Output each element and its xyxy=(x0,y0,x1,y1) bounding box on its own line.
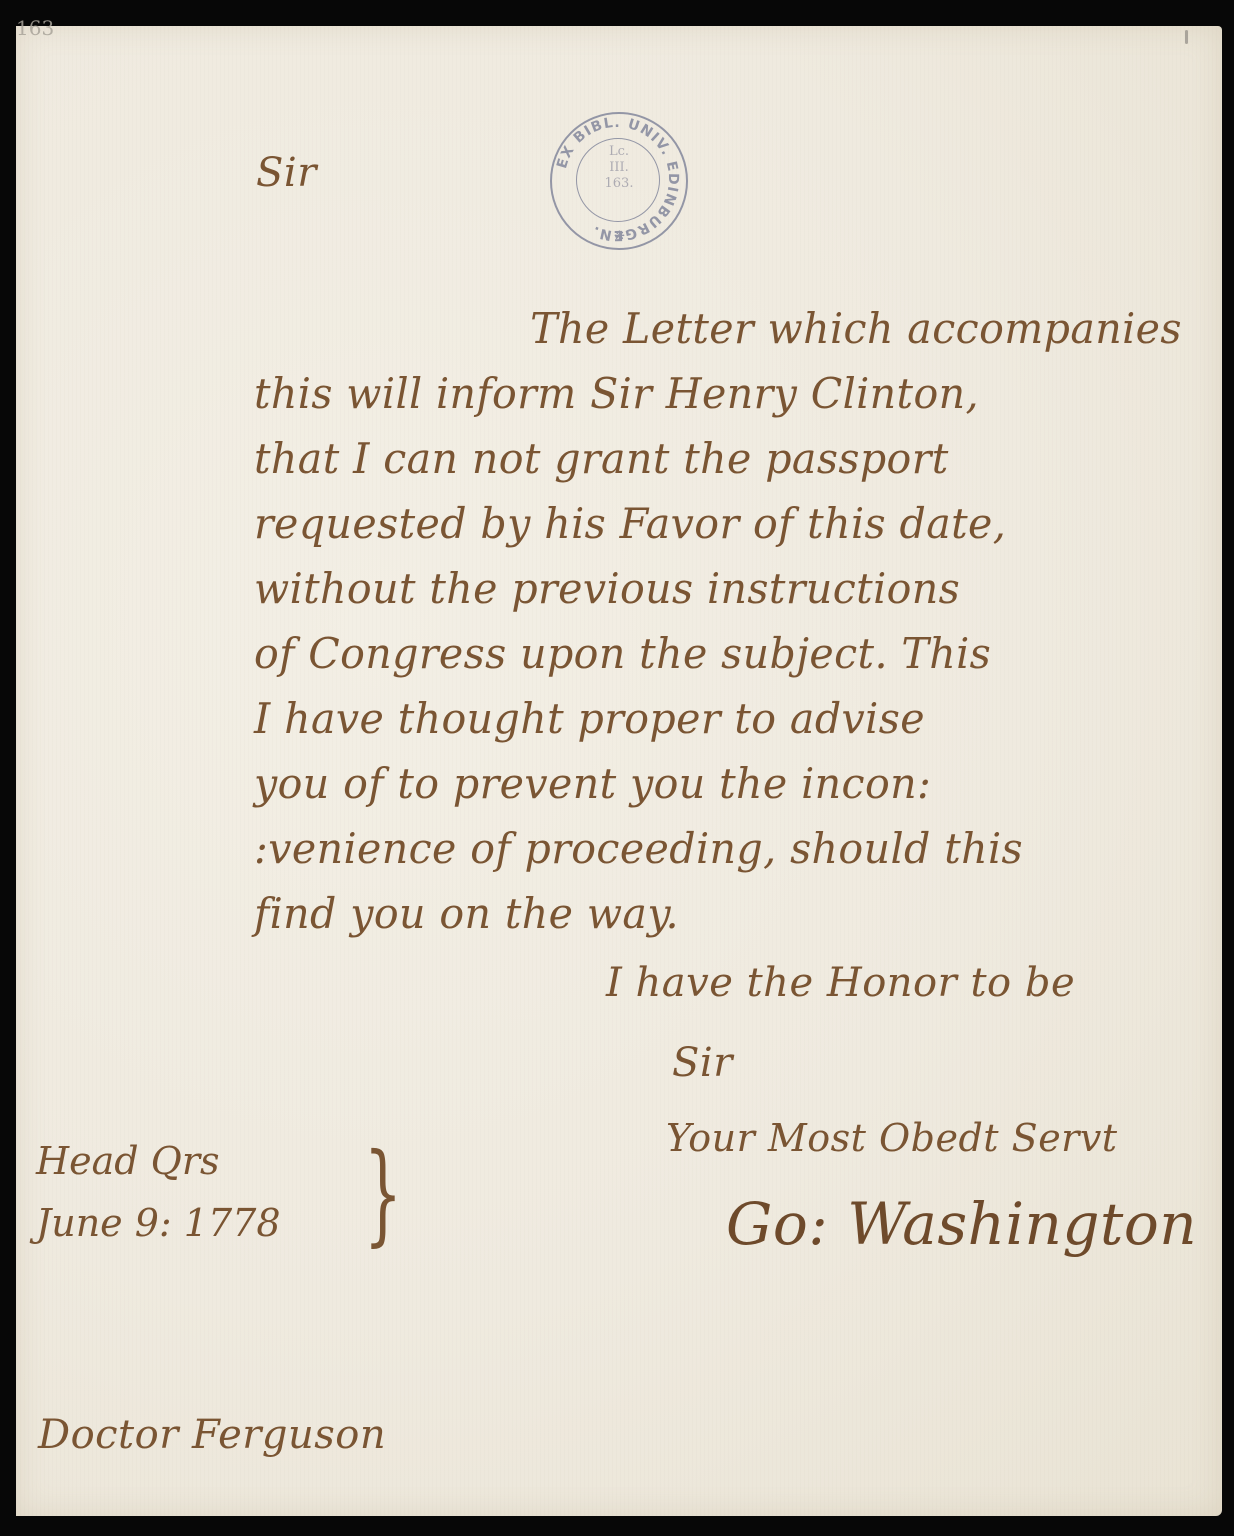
body-line: requested by his Favor of this date, xyxy=(254,491,1194,556)
signature: Go: Washington xyxy=(726,1190,1197,1258)
closing-sir: Sir xyxy=(672,1040,733,1086)
stamp-ornament-icon: ❋ xyxy=(614,229,625,244)
body-line: that I can not grant the passport xyxy=(254,426,1194,491)
letter-body: The Letter which accompanies this will i… xyxy=(254,296,1214,946)
body-line: find you on the way. xyxy=(254,881,1194,946)
scan-frame: 163 EX BIBL. UNIV. EDINBURGEN. ❋ Lc. III… xyxy=(0,0,1234,1536)
body-line: of Congress upon the subject. This xyxy=(254,621,1194,686)
body-line: The Letter which accompanies xyxy=(254,296,1194,361)
closing-honor-line: I have the Honor to be xyxy=(606,960,1075,1006)
dateline-brace: } xyxy=(364,1138,403,1248)
shelfmark-line: Lc. xyxy=(576,144,662,160)
body-line: without the previous instructions xyxy=(254,556,1194,621)
body-line: you of to prevent you the incon: xyxy=(254,751,1194,816)
dateline-date: June 9: 1778 xyxy=(36,1192,281,1254)
corner-ink-mark xyxy=(1185,30,1188,44)
body-line: :venience of proceeding, should this xyxy=(254,816,1194,881)
dateline: Head Qrs June 9: 1778 } xyxy=(36,1130,281,1254)
addressee: Doctor Ferguson xyxy=(38,1412,386,1458)
closing-servant-line: Your Most Obedt Servt xyxy=(666,1116,1118,1160)
salutation: Sir xyxy=(256,150,317,196)
pencil-folio-number: 163 xyxy=(16,16,54,40)
dateline-place: Head Qrs xyxy=(36,1130,281,1192)
shelfmark-line: III. xyxy=(576,160,662,176)
body-line: I have thought proper to advise xyxy=(254,686,1194,751)
body-line: this will inform Sir Henry Clinton, xyxy=(254,361,1194,426)
shelfmark-line: 163. xyxy=(576,176,662,192)
library-stamp: EX BIBL. UNIV. EDINBURGEN. ❋ Lc. III. 16… xyxy=(550,112,688,250)
stamp-shelfmark: Lc. III. 163. xyxy=(576,144,662,192)
